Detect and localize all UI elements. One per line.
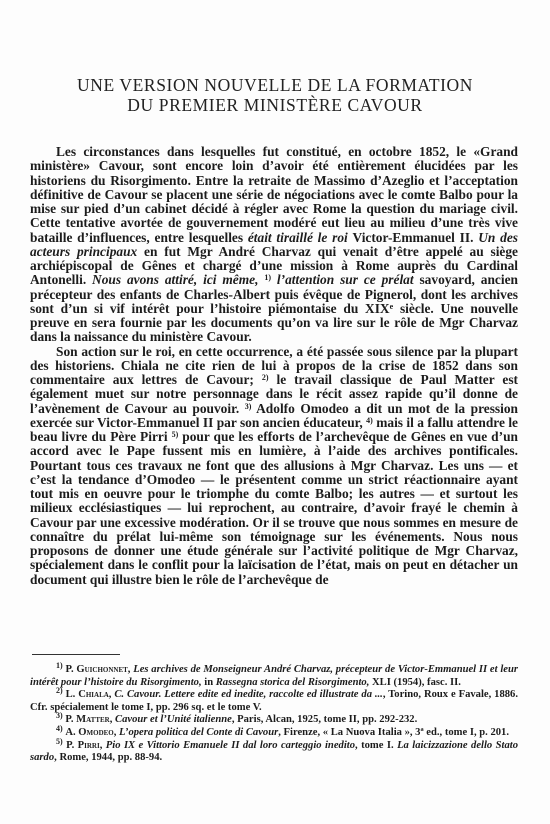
footnote-author: P. Pirri, bbox=[66, 740, 102, 751]
footnote-5: 5) P. Pirri, Pio IX e Vittorio Emanuele … bbox=[30, 740, 518, 765]
footnote-number: 1) bbox=[56, 661, 63, 670]
footnote-ref-2[interactable]: 2) bbox=[262, 373, 269, 382]
text-run: , Firenze, « La Nuova Italia », 3ª ed., … bbox=[278, 727, 509, 738]
footnote-ref-4[interactable]: 4) bbox=[366, 416, 373, 425]
footnote-number: 2) bbox=[56, 686, 63, 695]
footnote-ref-1[interactable]: 1) bbox=[264, 273, 271, 282]
italic-run: Nous avons attiré, ici même, bbox=[86, 272, 264, 287]
footnote-divider bbox=[32, 654, 120, 655]
footnote-title: C. Cavour. Lettere edite ed inedite, rac… bbox=[111, 689, 382, 700]
text-run: pour que les efforts de l’archevêque de … bbox=[30, 429, 518, 587]
footnote-title: Cavour et l’Unité italienne bbox=[112, 714, 231, 725]
footnote-number: 3) bbox=[56, 711, 63, 720]
text-run: , Paris, Alcan, 1925, tome II, pp. 292-2… bbox=[232, 714, 417, 725]
footnote-3: 3) P. Matter, Cavour et l’Unité italienn… bbox=[30, 714, 518, 727]
footnote-1: 1) P. Guichonnet, Les archives de Monsei… bbox=[30, 664, 518, 689]
footnote-title: L’opera politica del Conte di Cavour bbox=[116, 727, 278, 738]
footnote-journal: Rassegna storica del Risorgimento, bbox=[213, 677, 369, 688]
article-title-line-1: UNE VERSION NOUVELLE DE LA FORMATION bbox=[0, 75, 550, 96]
footnote-number: 4) bbox=[56, 724, 63, 733]
footnote-author: P. Guichonnet, bbox=[65, 664, 130, 675]
text-run: , tome I. bbox=[355, 740, 397, 751]
text-run: , Rome, 1944, pp. 88-94. bbox=[54, 752, 162, 763]
footnotes: 1) P. Guichonnet, Les archives de Monsei… bbox=[30, 664, 518, 765]
footnote-4: 4) A. Omodeo, L’opera politica del Conte… bbox=[30, 727, 518, 740]
footnote-author: P. Matter, bbox=[65, 714, 112, 725]
paragraph-2: Son action sur le roi, en cette occurren… bbox=[30, 345, 518, 587]
footnote-author: L. Chiala, bbox=[66, 689, 112, 700]
text-run: XLI (1954), fasc. II. bbox=[369, 677, 461, 688]
footnote-number: 5) bbox=[56, 737, 63, 746]
italic-run: était tiraillé le roi bbox=[243, 230, 352, 245]
article-title-line-2: DU PREMIER MINISTÈRE CAVOUR bbox=[0, 95, 550, 116]
italic-run: l’attention sur ce prélat bbox=[271, 272, 419, 287]
footnote-author: A. Omodeo, bbox=[65, 727, 116, 738]
paragraph-1: Les circonstances dans lesquelles fut co… bbox=[30, 145, 518, 345]
footnote-2: 2) L. Chiala, C. Cavour. Lettere edite e… bbox=[30, 689, 518, 714]
text-run: Victor-Emmanuel II. bbox=[353, 230, 474, 245]
footnote-title: Pio IX e Vittorio Emanuele II dal loro c… bbox=[102, 740, 355, 751]
text-run: in bbox=[204, 677, 213, 688]
article-body: Les circonstances dans lesquelles fut co… bbox=[30, 145, 518, 587]
